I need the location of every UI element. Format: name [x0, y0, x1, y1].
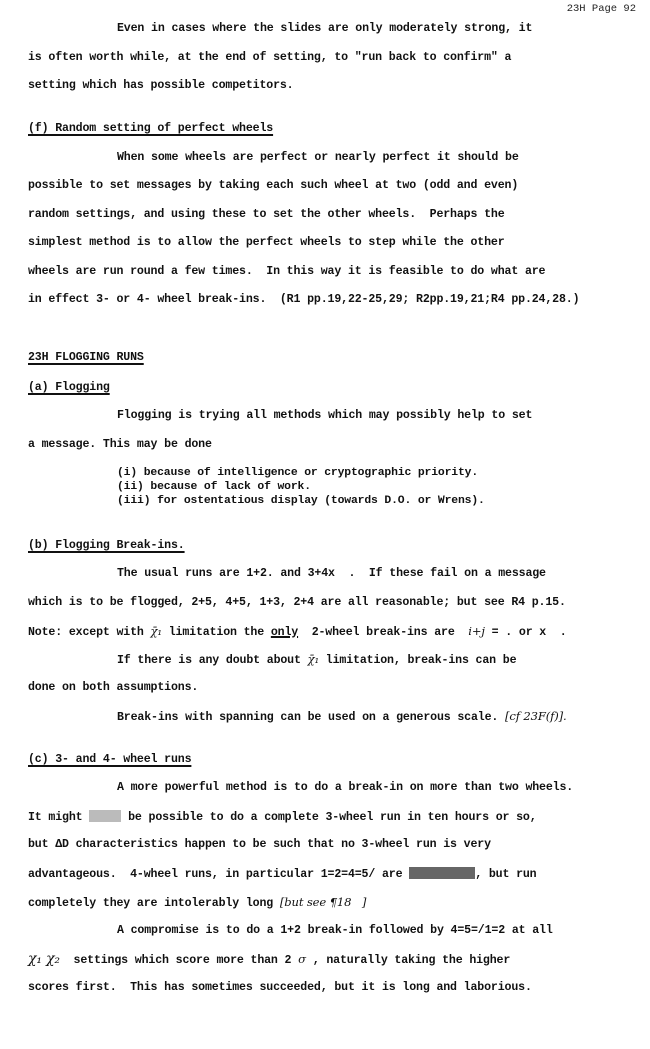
list-item: (i) because of intelligence or cryptogra…	[117, 467, 478, 480]
handwritten-reference: [cf 23F(f)].	[505, 709, 567, 723]
page-header: 23H Page 92	[567, 3, 636, 15]
text-span: advantageous. 4-wheel runs, in particula…	[28, 868, 409, 881]
text-line: Even in cases where the slides are only …	[117, 22, 532, 36]
text-span: be possible to do a complete 3-wheel run…	[121, 811, 536, 824]
handwritten-reference: [but see ¶18 ]	[280, 895, 366, 909]
text-span: , but run	[475, 868, 536, 881]
text-line: done on both assumptions.	[28, 681, 198, 695]
text-line: wheels are run round a few times. In thi…	[28, 265, 545, 279]
text-line: completely they are intolerably long [bu…	[28, 895, 366, 911]
text-line: but ΔD characteristics happen to be such…	[28, 838, 491, 852]
text-span: It might	[28, 811, 89, 824]
text-line: random settings, and using these to set …	[28, 208, 505, 222]
handwritten-annotation: i+j	[468, 624, 485, 638]
text-line: Note: except with χ̄₁ limitation the onl…	[28, 624, 567, 640]
text-span: Note: except with	[28, 626, 151, 639]
text-span: = . or x .	[485, 626, 567, 639]
text-span: limitation, break-ins can be	[319, 654, 516, 667]
redaction-mark	[89, 810, 121, 822]
text-span: Break-ins with spanning can be used on a…	[117, 711, 505, 724]
text-line: advantageous. 4-wheel runs, in particula…	[28, 867, 537, 882]
chi-symbol: χ̄₁	[308, 652, 319, 666]
text-line: simplest method is to allow the perfect …	[28, 236, 505, 250]
emphasis-only: only	[271, 626, 298, 639]
text-line: a message. This may be done	[28, 438, 212, 452]
subsection-heading-b: (b) Flogging Break-ins.	[28, 539, 185, 553]
text-line: It might be possible to do a complete 3-…	[28, 810, 537, 825]
text-line: which is to be flogged, 2+5, 4+5, 1+3, 2…	[28, 596, 566, 610]
subsection-heading-c: (c) 3- and 4- wheel runs	[28, 753, 191, 767]
chi-symbol: χ̄₁	[151, 624, 162, 638]
text-line: setting which has possible competitors.	[28, 79, 294, 93]
redaction-mark	[409, 867, 475, 879]
text-line: is often worth while, at the end of sett…	[28, 51, 511, 65]
text-span: completely they are intolerably long	[28, 897, 280, 910]
text-line: When some wheels are perfect or nearly p…	[117, 151, 519, 165]
subsection-heading-a: (a) Flogging	[28, 381, 110, 395]
text-span: If there is any doubt about	[117, 654, 308, 667]
chi-symbols: χ₁ χ₂	[28, 951, 60, 967]
text-line: possible to set messages by taking each …	[28, 179, 518, 193]
text-line: If there is any doubt about χ̄₁ limitati…	[117, 652, 516, 668]
section-heading: (f) Random setting of perfect wheels	[28, 122, 273, 136]
text-line: The usual runs are 1+2. and 3+4x . If th…	[117, 567, 546, 581]
sigma-symbol: σ	[298, 952, 306, 966]
text-span: , naturally taking the higher	[306, 954, 510, 967]
text-line: in effect 3- or 4- wheel break-ins. (R1 …	[28, 293, 579, 307]
text-span: settings which score more than 2	[60, 954, 298, 967]
text-line: Break-ins with spanning can be used on a…	[117, 709, 567, 725]
text-line: A more powerful method is to do a break-…	[117, 781, 573, 795]
list-item: (ii) because of lack of work.	[117, 481, 311, 494]
chapter-title: 23H FLOGGING RUNS	[28, 351, 144, 365]
list-item: (iii) for ostentatious display (towards …	[117, 495, 485, 508]
text-line: χ₁ χ₂ settings which score more than 2 σ…	[28, 952, 510, 968]
text-span: 2-wheel break-ins are	[298, 626, 468, 639]
text-span: limitation the	[162, 626, 271, 639]
text-line: scores first. This has sometimes succeed…	[28, 981, 532, 995]
text-line: Flogging is trying all methods which may…	[117, 409, 532, 423]
text-line: A compromise is to do a 1+2 break-in fol…	[117, 924, 553, 938]
